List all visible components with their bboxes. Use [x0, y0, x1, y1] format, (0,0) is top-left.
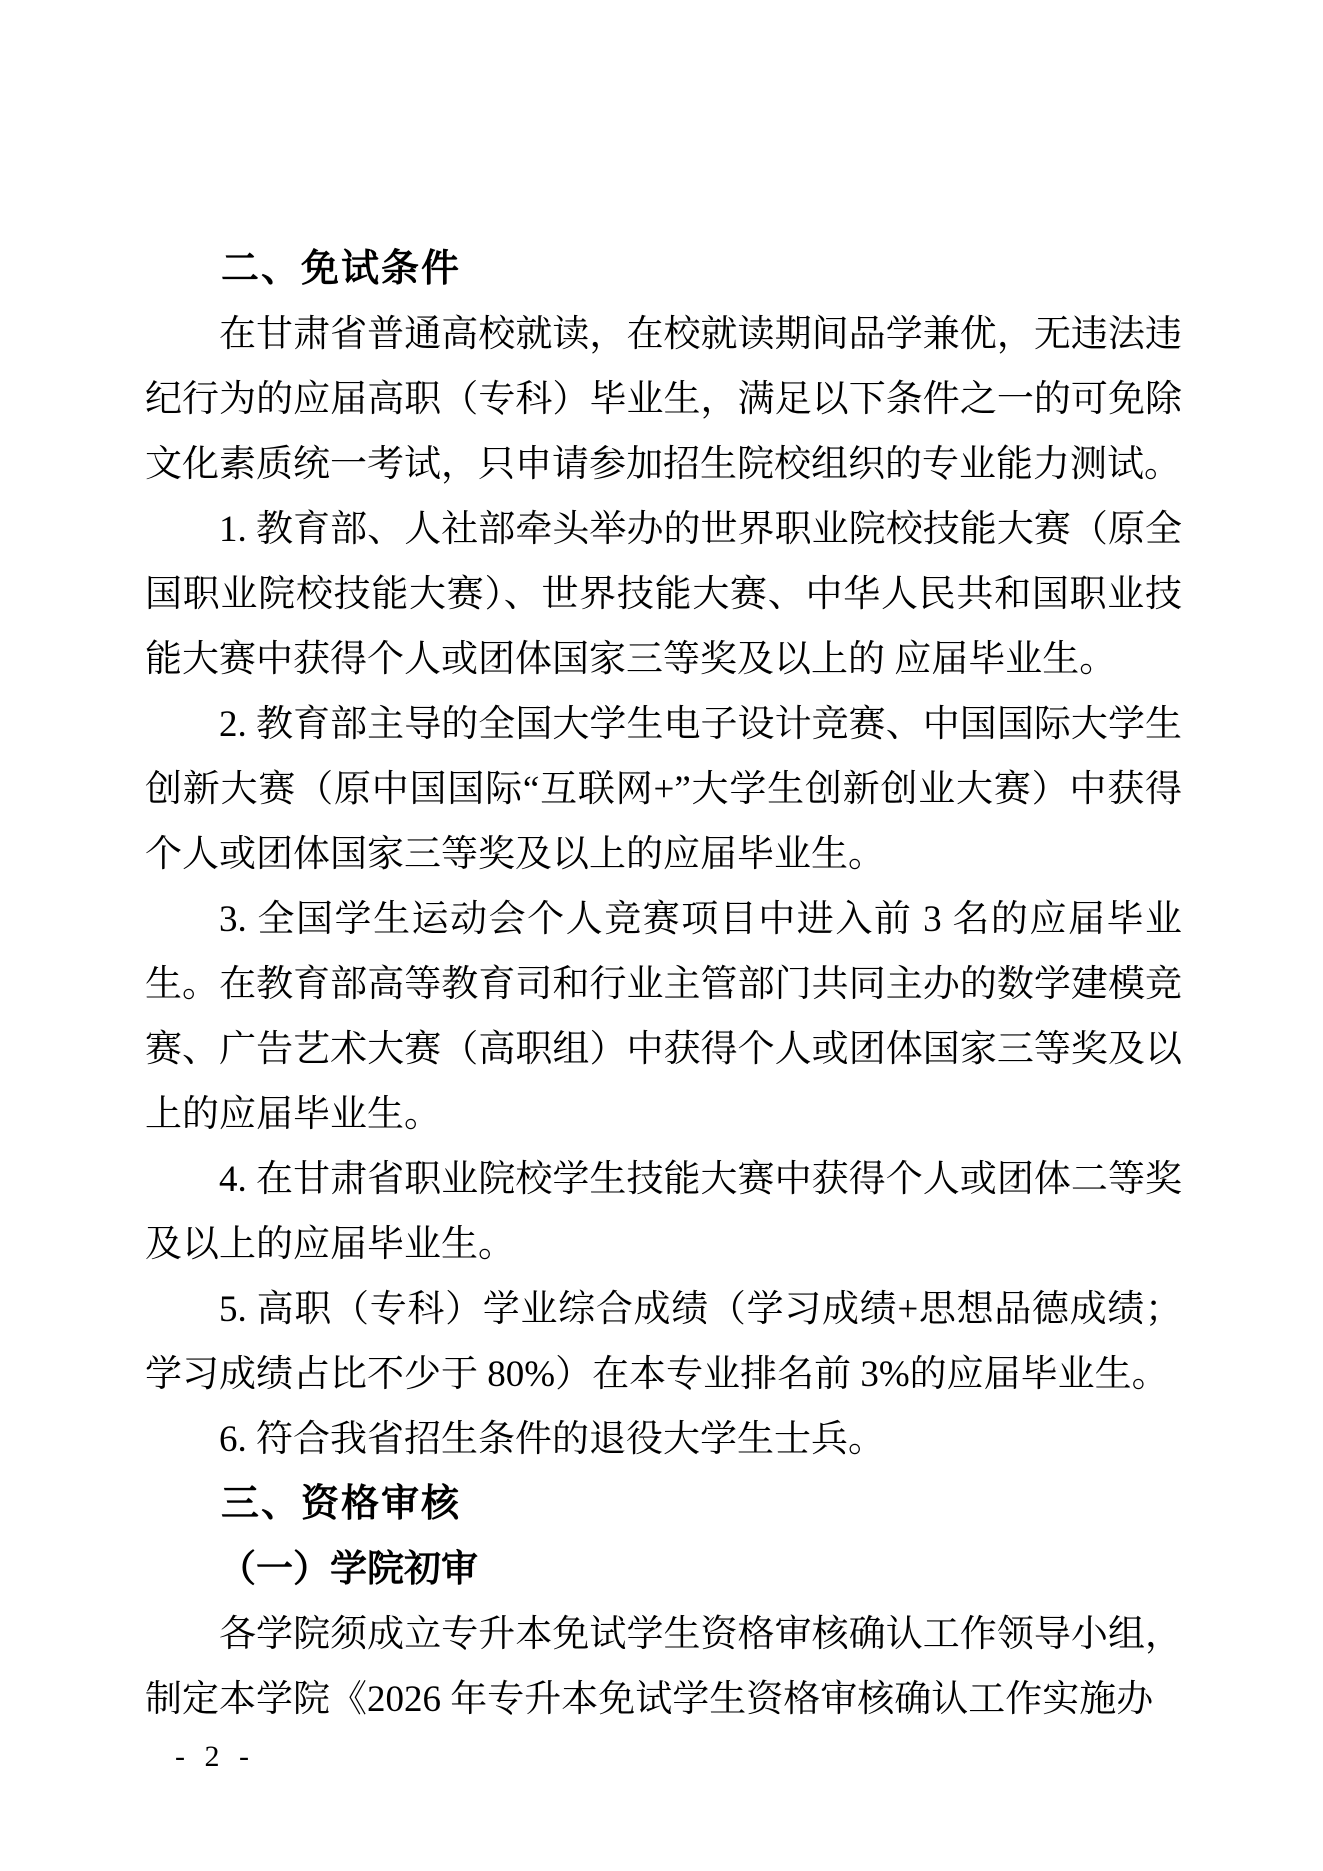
qualification-review-paragraph: 各学院须成立专升本免试学生资格审核确认工作领导小组，制定本学院《2026 年专升… [145, 1602, 1182, 1732]
exemption-item-4: 4. 在甘肃省职业院校学生技能大赛中获得个人或团体二等奖及以上的应届毕业生。 [145, 1147, 1182, 1277]
exemption-item-2: 2. 教育部主导的全国大学生电子设计竞赛、中国国际大学生创新大赛（原中国国际“互… [145, 692, 1182, 887]
exemption-item-3: 3. 全国学生运动会个人竞赛项目中进入前 3 名的应届毕业生。在教育部高等教育司… [145, 887, 1182, 1147]
section-heading-exemption-conditions: 二、免试条件 [145, 237, 1182, 302]
document-content: 二、免试条件 在甘肃省普通高校就读，在校就读期间品学兼优，无违法违纪行为的应届高… [145, 237, 1182, 1732]
exemption-item-5: 5. 高职（专科）学业综合成绩（学习成绩+思想品德成绩；学习成绩占比不少于 80… [145, 1277, 1182, 1407]
subsection-heading-college-initial-review: （一）学院初审 [145, 1537, 1182, 1602]
page-number: - 2 - [175, 1740, 255, 1774]
document-page: 二、免试条件 在甘肃省普通高校就读，在校就读期间品学兼优，无违法违纪行为的应届高… [0, 0, 1323, 1871]
exemption-item-1: 1. 教育部、人社部牵头举办的世界职业院校技能大赛（原全国职业院校技能大赛）、世… [145, 497, 1182, 692]
section-heading-qualification-review: 三、资格审核 [145, 1472, 1182, 1537]
exemption-intro-paragraph: 在甘肃省普通高校就读，在校就读期间品学兼优，无违法违纪行为的应届高职（专科）毕业… [145, 302, 1182, 497]
exemption-item-6: 6. 符合我省招生条件的退役大学生士兵。 [145, 1407, 1182, 1472]
